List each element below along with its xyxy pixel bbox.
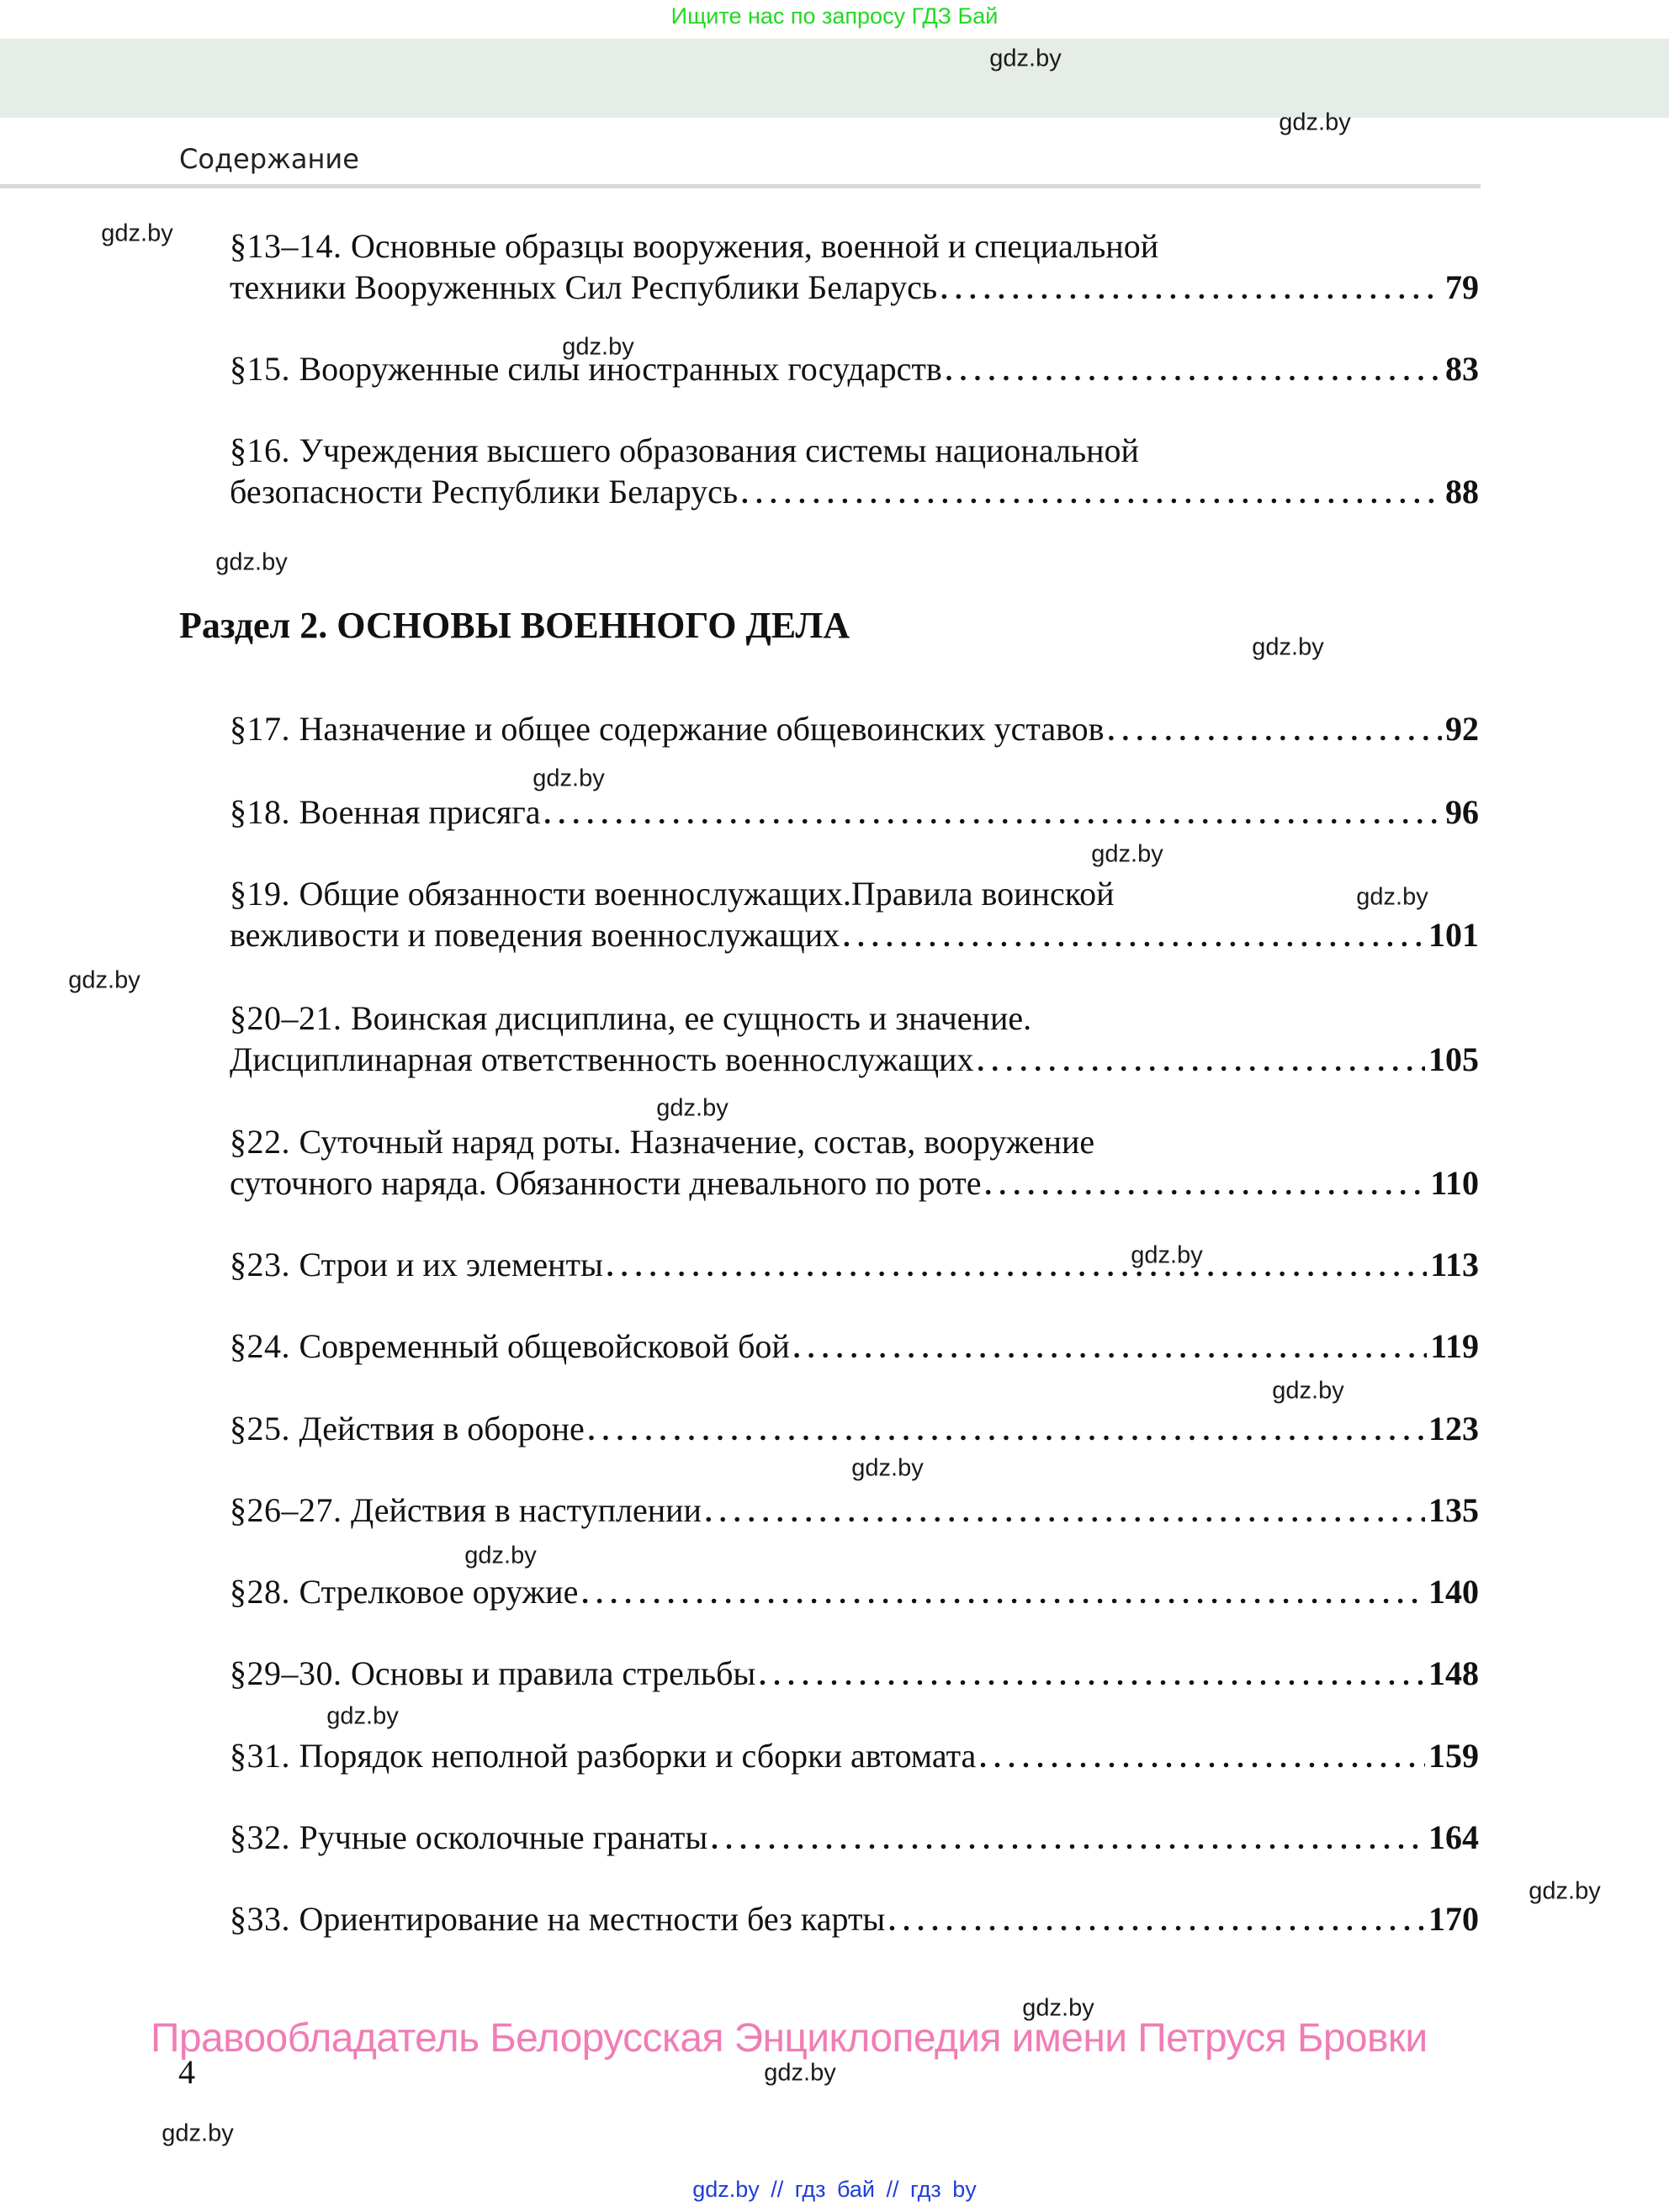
toc-entry-line: §24. Современный общевойсковой бой119: [230, 1326, 1479, 1369]
entry-title: Учреждения высшего образования системы н…: [299, 430, 1139, 471]
entry-title: Ориентирование на местности без карты: [299, 1898, 886, 1939]
toc-entry-line: безопасности Республики Беларусь88: [230, 471, 1479, 515]
dot-leader: [843, 917, 1425, 958]
entry-title: Современный общевойсковой бой: [299, 1326, 790, 1367]
watermark: gdz.by: [562, 334, 633, 362]
paragraph-number: §28.: [230, 1571, 299, 1612]
watermark: gdz.by: [656, 1095, 728, 1123]
toc-entry[interactable]: §15. Вооруженные силы иностранных госуда…: [230, 348, 1479, 392]
toc-entry-line: §29–30. Основы и правила стрельбы148: [230, 1653, 1479, 1696]
paragraph-number: §18.: [230, 791, 299, 833]
watermark: gdz.by: [1279, 109, 1350, 137]
page-ref[interactable]: 140: [1428, 1571, 1479, 1612]
watermark: gdz.by: [1529, 1878, 1600, 1906]
paragraph-number: §24.: [230, 1326, 299, 1367]
page-ref[interactable]: 110: [1430, 1162, 1479, 1204]
toc-entry-line: §22. Суточный наряд роты. Назначение, со…: [230, 1121, 1479, 1162]
page-number: 4: [178, 2052, 195, 2092]
watermark: gdz.by: [101, 220, 172, 248]
toc-entry-line: §33. Ориентирование на местности без кар…: [230, 1898, 1479, 1942]
entry-title: Порядок неполной разборки и сборки автом…: [299, 1735, 977, 1776]
toc-entry-line: §19. Общие обязанности военнослужащих.Пр…: [230, 873, 1479, 914]
toc-entry[interactable]: §31. Порядок неполной разборки и сборки …: [230, 1735, 1479, 1779]
watermark: gdz.by: [764, 2060, 835, 2088]
page-ref[interactable]: 148: [1428, 1653, 1479, 1694]
paragraph-number: §31.: [230, 1735, 299, 1776]
dot-leader: [888, 1901, 1425, 1942]
paragraph-number: §13–14.: [230, 225, 351, 267]
toc-entry-line: §25. Действия в обороне123: [230, 1408, 1479, 1452]
toc-entry-line: §20–21. Воинская дисциплина, ее сущность…: [230, 998, 1479, 1039]
dot-leader: [759, 1655, 1425, 1696]
toc-entry[interactable]: §23. Строи и их элементы113: [230, 1244, 1479, 1288]
watermark: gdz.by: [68, 967, 140, 995]
toc-entry-line: §31. Порядок неполной разборки и сборки …: [230, 1735, 1479, 1779]
page-ref[interactable]: 164: [1428, 1817, 1479, 1858]
toc-entry-line: §17. Назначение и общее содержание общев…: [230, 708, 1479, 752]
dot-leader: [711, 1819, 1425, 1860]
entry-title: Назначение и общее содержание общевоинск…: [299, 708, 1105, 749]
paragraph-number: §16.: [230, 430, 299, 471]
toc-entry-line: §23. Строи и их элементы113: [230, 1244, 1479, 1288]
paragraph-number: §25.: [230, 1408, 299, 1449]
entry-title: Стрелковое оружие: [299, 1571, 579, 1612]
watermark: gdz.by: [851, 1455, 923, 1483]
toc-entry[interactable]: §26–27. Действия в наступлении135: [230, 1490, 1479, 1533]
page-ref[interactable]: 119: [1430, 1326, 1479, 1367]
dot-leader: [979, 1738, 1425, 1779]
watermark: gdz.by: [1131, 1242, 1202, 1270]
dot-leader: [607, 1246, 1427, 1288]
entry-title: Суточный наряд роты. Назначение, состав,…: [299, 1121, 1095, 1162]
dot-leader: [1108, 711, 1442, 752]
watermark: gdz.by: [1091, 841, 1163, 869]
toc-entry-line: вежливости и поведения военнослужащих101: [230, 914, 1479, 958]
toc-entry[interactable]: §22. Суточный наряд роты. Назначение, со…: [230, 1121, 1479, 1206]
page-ref[interactable]: 105: [1428, 1039, 1479, 1080]
search-hint-banner: Ищите нас по запросу ГДЗ Бай: [0, 3, 1669, 29]
dot-leader: [946, 351, 1442, 392]
entry-title: Общие обязанности военнослужащих.Правила…: [299, 873, 1115, 914]
toc-entry[interactable]: §17. Назначение и общее содержание общев…: [230, 708, 1479, 752]
toc-entry[interactable]: §28. Стрелковое оружие140: [230, 1571, 1479, 1615]
paragraph-number: §33.: [230, 1898, 299, 1939]
page-ref[interactable]: 123: [1428, 1408, 1479, 1449]
paragraph-number: §17.: [230, 708, 299, 749]
entry-title: суточного наряда. Обязанности дневальног…: [230, 1162, 982, 1204]
toc-entry-line: §15. Вооруженные силы иностранных госуда…: [230, 348, 1479, 392]
page-ref[interactable]: 92: [1445, 708, 1479, 749]
toc-entry-line: §32. Ручные осколочные гранаты164: [230, 1817, 1479, 1860]
paragraph-number: §19.: [230, 873, 299, 914]
paragraph-number: §26–27.: [230, 1490, 351, 1531]
toc-entry[interactable]: §20–21. Воинская дисциплина, ее сущность…: [230, 998, 1479, 1082]
dot-leader: [940, 269, 1442, 310]
page-ref[interactable]: 79: [1445, 267, 1479, 308]
section-label: Содержание: [179, 143, 359, 175]
rights-holder-notice: Правообладатель Белорусская Энциклопедия…: [151, 2015, 1522, 2061]
entry-title: Действия в обороне: [299, 1408, 585, 1449]
watermark: gdz.by: [162, 2120, 233, 2148]
watermark: gdz.by: [215, 549, 287, 577]
toc-entry-line: техники Вооруженных Сил Республики Белар…: [230, 267, 1479, 310]
page-ref[interactable]: 135: [1428, 1490, 1479, 1531]
watermark: gdz.by: [464, 1543, 536, 1570]
toc-entry-line: §26–27. Действия в наступлении135: [230, 1490, 1479, 1533]
page-ref[interactable]: 170: [1428, 1898, 1479, 1939]
toc-entry[interactable]: §13–14. Основные образцы вооружения, вое…: [230, 225, 1479, 310]
header-divider: [0, 184, 1481, 188]
dot-leader: [581, 1574, 1425, 1615]
toc-entry-line: §16. Учреждения высшего образования сист…: [230, 430, 1479, 471]
toc-entry[interactable]: §18. Военная присяга96: [230, 791, 1479, 835]
paragraph-number: §29–30.: [230, 1653, 351, 1694]
toc-entry[interactable]: §24. Современный общевойсковой бой119: [230, 1326, 1479, 1369]
toc-entry[interactable]: §25. Действия в обороне123: [230, 1408, 1479, 1452]
page-ref[interactable]: 88: [1445, 471, 1479, 512]
watermark: gdz.by: [532, 765, 604, 793]
toc-entry[interactable]: §16. Учреждения высшего образования сист…: [230, 430, 1479, 515]
watermark: gdz.by: [326, 1703, 398, 1731]
toc-entry[interactable]: §33. Ориентирование на местности без кар…: [230, 1898, 1479, 1942]
toc-entry[interactable]: §32. Ручные осколочные гранаты164: [230, 1817, 1479, 1860]
footer-links[interactable]: gdz.by // гдз бай // гдз by: [0, 2177, 1669, 2203]
toc-entry-line: §18. Военная присяга96: [230, 791, 1479, 835]
watermark: gdz.by: [1272, 1378, 1343, 1405]
page-ref[interactable]: 101: [1428, 914, 1479, 955]
dot-leader: [977, 1041, 1425, 1082]
toc-entry[interactable]: §19. Общие обязанности военнослужащих.Пр…: [230, 873, 1479, 958]
toc-entry-line: §13–14. Основные образцы вооружения, вое…: [230, 225, 1479, 267]
header-band: [0, 39, 1669, 118]
watermark: gdz.by: [1356, 884, 1428, 912]
entry-title: Основы и правила стрельбы: [351, 1653, 755, 1694]
page-ref[interactable]: 159: [1428, 1735, 1479, 1776]
dot-leader: [985, 1165, 1428, 1206]
dot-leader: [588, 1410, 1425, 1452]
dot-leader: [544, 794, 1442, 835]
watermark: gdz.by: [1252, 634, 1323, 662]
paragraph-number: §32.: [230, 1817, 299, 1858]
toc-entry-line: Дисциплинарная ответственность военнослу…: [230, 1039, 1479, 1082]
toc-entry-line: суточного наряда. Обязанности дневальног…: [230, 1162, 1479, 1206]
entry-title: Воинская дисциплина, ее сущность и значе…: [351, 998, 1031, 1039]
paragraph-number: §22.: [230, 1121, 299, 1162]
dot-leader: [793, 1328, 1427, 1369]
dot-leader: [705, 1492, 1425, 1533]
entry-title: Дисциплинарная ответственность военнослу…: [230, 1039, 973, 1080]
part-heading: Раздел 2. ОСНОВЫ ВОЕННОГО ДЕЛА: [179, 604, 850, 647]
entry-title: Ручные осколочные гранаты: [299, 1817, 708, 1858]
paragraph-number: §15.: [230, 348, 299, 389]
entry-title: Военная присяга: [299, 791, 541, 833]
paragraph-number: §23.: [230, 1244, 299, 1285]
toc-entry[interactable]: §29–30. Основы и правила стрельбы148: [230, 1653, 1479, 1696]
page-ref[interactable]: 96: [1445, 791, 1479, 833]
watermark: gdz.by: [989, 45, 1061, 73]
entry-title: Основные образцы вооружения, военной и с…: [351, 225, 1158, 267]
entry-title: безопасности Республики Беларусь: [230, 471, 738, 512]
entry-title: Строи и их элементы: [299, 1244, 603, 1285]
entry-title: вежливости и поведения военнослужащих: [230, 914, 840, 955]
paragraph-number: §20–21.: [230, 998, 351, 1039]
dot-leader: [741, 474, 1442, 515]
entry-title: Действия в наступлении: [351, 1490, 702, 1531]
toc-entry-line: §28. Стрелковое оружие140: [230, 1571, 1479, 1615]
entry-title: техники Вооруженных Сил Республики Белар…: [230, 267, 937, 308]
page-ref[interactable]: 113: [1430, 1244, 1479, 1285]
page-ref[interactable]: 83: [1445, 348, 1479, 389]
